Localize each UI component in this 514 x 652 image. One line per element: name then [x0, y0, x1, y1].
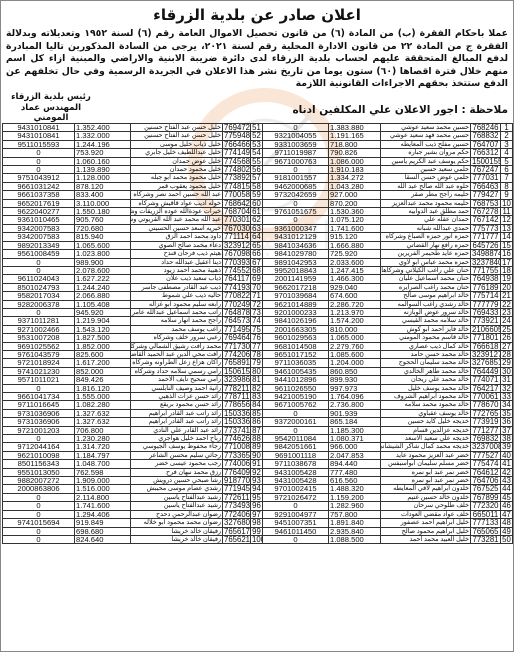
national-id-cell: 9342007583 — [3, 224, 75, 232]
signature-name: المهندس عماد المومني — [6, 103, 96, 124]
national-id-cell: 9662017218 — [263, 283, 329, 291]
amount-cell: 725.920 — [329, 250, 381, 258]
table-row: 9571011021849.426رامي سحيح نايف الاحمد32… — [3, 376, 263, 384]
taxpayer-id-cell: 765617 — [223, 527, 251, 535]
national-id-cell: 9601029563 — [263, 334, 329, 342]
national-id-cell: 9542011084 — [263, 435, 329, 443]
row-number-cell: 50 — [501, 535, 513, 543]
amount-cell: 1.516.000 — [75, 485, 131, 493]
amount-cell: 2.114.800 — [75, 493, 131, 501]
taxpayer-id-cell: 775714 — [471, 292, 501, 300]
national-id-cell: 9671005762 — [263, 401, 329, 409]
national-id-cell: 9291004977 — [263, 510, 329, 518]
national-id-cell: 9681014508 — [263, 342, 329, 350]
table-row: 9842051661966.000خديجه محمد كمال شاكر ال… — [263, 443, 513, 451]
row-number-cell: 98 — [251, 519, 263, 527]
national-id-cell: 0 — [263, 124, 329, 132]
amount-cell: 927.000 — [329, 191, 381, 199]
name-cell: خضر مسلم سليمان ابوأسيفس — [381, 460, 471, 468]
national-id-cell: 9361010465 — [3, 216, 75, 224]
taxpayer-id-cell: 3239865 — [223, 376, 251, 384]
name-cell: رضوان عبدالرحمن دحدح — [131, 510, 223, 518]
table-row: 9461005435860.850خالد محمد طاهر الخالدي7… — [263, 367, 513, 375]
taxpayer-id-cell: 764573 — [223, 317, 251, 325]
name-cell: خلدون ابراهيم لافي المعايطه — [381, 485, 471, 493]
table-row: 92010002331.213.970خالد سرور عوض الوبازن… — [263, 308, 513, 316]
row-number-cell: 58 — [251, 182, 263, 190]
name-cell: ذياب سعيد ذيب علان — [131, 275, 223, 283]
row-number-cell: 62 — [251, 216, 263, 224]
national-id-cell: 9551013050 — [3, 468, 75, 476]
amount-cell: 865.184 — [329, 418, 381, 426]
row-number-cell: 22 — [501, 300, 513, 308]
taxpayer-id-cell: 764938 — [471, 275, 501, 283]
national-id-cell: 0 — [3, 384, 75, 392]
row-number-cell: 12 — [501, 216, 513, 224]
amount-cell: 1.230.280 — [75, 435, 131, 443]
national-id-cell: 9321004055 — [263, 132, 329, 140]
taxpayer-id-cell: 773919 — [471, 418, 501, 426]
table-row: 93210040551.191.165حسين محمد فهد سعيد عو… — [263, 132, 513, 140]
taxpayer-id-cell: 767525 — [471, 485, 501, 493]
name-cell: خضر عبد العزيز محمود عايد — [381, 451, 471, 459]
table-row: 94310108411.332.000خليل حسن عبد الفتاح ح… — [3, 132, 263, 140]
name-cell: زعبي سرور خلف وشركاه — [131, 334, 223, 342]
row-number-cell: 84 — [251, 401, 263, 409]
table-row: 97210189241.617.200راكان هزاع زعل الطراو… — [3, 359, 263, 367]
table-row: 96710007631.086.000حكم يوسف عبد الكريم ي… — [263, 157, 513, 165]
table-row: 85011563431.048.700رجب محمود عيسى خضر774… — [3, 460, 263, 468]
amount-cell: 2.033.600 — [329, 258, 381, 266]
name-cell: دعاء محمد صالح الصوي — [131, 241, 223, 249]
row-number-cell: 43 — [501, 477, 513, 485]
table-row: 97120441641.314.720رجاء محفوظ يوسف الجيو… — [3, 443, 263, 451]
amount-cell: 894.440 — [329, 460, 381, 468]
name-cell: خليل ابراهيم احمد عصفور — [381, 519, 471, 527]
amount-cell: 1.159.200 — [329, 493, 381, 501]
taxpayer-id-cell: 768642 — [223, 199, 251, 207]
taxpayer-id-cell: 768704 — [223, 208, 251, 216]
name-cell: رزق محمد نبهان فرح — [131, 468, 223, 476]
taxpayer-id-cell: 778670 — [471, 401, 501, 409]
amount-cell: 1.327.632 — [75, 418, 131, 426]
name-cell: خضر نمر عبد ابو نمره — [381, 468, 471, 476]
taxpayer-id-cell: 768832 — [471, 132, 501, 140]
row-number-cell: 69 — [251, 275, 263, 283]
national-id-cell: 9701002415 — [263, 485, 329, 493]
table-row: 9342007583815.940داود محمد احمد الزق7711… — [3, 233, 263, 241]
table-row: 01.383.880حسين محمد سعيد عوشي7682461 — [263, 124, 513, 132]
name-cell: خالد فايز احمد ابو كوش — [381, 325, 471, 333]
amount-cell: 810.000 — [329, 325, 381, 333]
national-id-cell: 9371011281 — [3, 317, 75, 325]
national-id-cell: 9741021230 — [3, 367, 75, 375]
amount-cell: 1.060.160 — [75, 157, 131, 165]
amount-cell: 1.219.904 — [75, 317, 131, 325]
national-id-cell: 0 — [3, 510, 75, 518]
taxpayer-id-cell: 769433 — [471, 308, 501, 316]
national-id-cell: 9611026550 — [263, 384, 329, 392]
amount-cell: 1.088.500 — [329, 535, 381, 543]
row-number-cell: 60 — [251, 199, 263, 207]
table-row: 96010295631.065.000خالد قاسم محمود الموم… — [263, 334, 513, 342]
table-row: 0824.640رفيقان خالد خريشا765621100 — [3, 535, 263, 543]
national-id-cell: 2000863806 — [3, 485, 75, 493]
name-cell: راكان هزاع زعل الطراونه وشركاه — [131, 359, 223, 367]
table-row: 92710024661.543.120راغب يوسف محمد7714957… — [3, 325, 263, 333]
national-id-cell: 0 — [3, 266, 75, 274]
table-row: 01.139.890خليل محمود حمدان77480256 — [3, 166, 263, 174]
row-number-cell: 45 — [501, 493, 513, 501]
row-number-cell: 100 — [251, 535, 263, 543]
amount-cell: 1.139.890 — [75, 166, 131, 174]
national-id-cell: 9691001118 — [263, 451, 329, 459]
national-id-cell: 9431012129 — [263, 233, 329, 241]
taxpayer-id-cell: 767142 — [471, 216, 501, 224]
table-row: 95420110841.080.371خديجه علي سعيد الاسعد… — [263, 435, 513, 443]
taxpayer-id-cell: 773921 — [471, 317, 501, 325]
name-cell: خديجه محمد كمال شاكر الشيشاني — [381, 443, 471, 451]
national-id-cell: 9741015694 — [3, 519, 75, 527]
taxpayer-id-cell: 766312 — [471, 149, 501, 157]
table-row: 9711019987790.826حكم مروان بشير جباره766… — [263, 149, 513, 157]
table-row: 97210264721.159.200خلدون خالد حسين غنيم7… — [263, 493, 513, 501]
table-row: 95110155931.244.196خليل ذياب خليل موسى76… — [3, 140, 263, 148]
amount-cell: 1.244.240 — [75, 283, 131, 291]
amount-cell: 929.040 — [329, 283, 381, 291]
signature-block: رئيس بلدية الزرقاء المهندس عماد المومني — [6, 92, 96, 124]
taxpayer-id-cell: 773892 — [223, 174, 251, 182]
national-id-cell: 9661031242 — [3, 182, 75, 190]
taxpayer-id-cell: 775948 — [223, 132, 251, 140]
national-id-cell: 2001663305 — [263, 325, 329, 333]
taxpayer-id-cell: 766618 — [471, 342, 501, 350]
row-number-cell: 86 — [251, 418, 263, 426]
row-number-cell: 68 — [251, 266, 263, 274]
row-number-cell: 33 — [501, 393, 513, 401]
name-cell: خليل حسن عبد الفتاح حسنين — [131, 132, 223, 140]
table-row: 9741021230852.000رامي رسمي سلامه حداد وش… — [3, 367, 263, 375]
taxpayer-id-cell: 774193 — [223, 283, 251, 291]
table-row: 96910011182.047.853خضر عبد العزيز محمود … — [263, 451, 513, 459]
table-row: 85010247931.244.240ذيب عبد القادر مصطفى … — [3, 283, 263, 291]
row-number-cell: 30 — [501, 367, 513, 375]
row-number-cell: 94 — [251, 485, 263, 493]
amount-cell: 3.110.000 — [75, 199, 131, 207]
taxpayer-id-cell: 918770 — [223, 477, 251, 485]
taxpayer-id-cell: 777527 — [471, 451, 501, 459]
national-id-cell: 9342007583 — [3, 233, 75, 241]
name-cell: خضر نمر عبد ابو نمره — [381, 477, 471, 485]
name-cell: حمد مطلق عبد الدوابيه — [381, 208, 471, 216]
taxpayer-id-cell: 3276802 — [223, 519, 251, 527]
taxpayer-id-cell: 768246 — [471, 124, 501, 132]
taxpayer-id-cell: 769832 — [471, 435, 501, 443]
taxpayer-id-cell: 769464 — [223, 334, 251, 342]
taxpayer-id-cell: 1506151 — [223, 367, 251, 375]
national-id-cell: 9431010841 — [3, 132, 75, 140]
row-number-cell: 57 — [251, 174, 263, 182]
taxpayer-id-cell: 774149 — [223, 149, 251, 157]
name-cell: خالد رشدي راغب السوالمه — [381, 300, 471, 308]
amount-cell: 1.065.000 — [329, 334, 381, 342]
row-number-cell: 11 — [501, 208, 513, 216]
table-row: 9732042659927.000حليمه راجح مطر صقر77942… — [263, 191, 513, 199]
row-number-cell: 67 — [251, 258, 263, 266]
national-id-cell: 9691025562 — [3, 342, 75, 350]
row-number-cell: 95 — [251, 493, 263, 501]
taxpayer-id-cell: 766463 — [471, 182, 501, 190]
taxpayer-id-cell: 764707 — [471, 140, 501, 148]
taxpayer-id-cell: 3237840 — [471, 258, 501, 266]
national-id-cell: 0 — [3, 166, 75, 174]
amount-cell: 899.930 — [329, 376, 381, 384]
table-row: 93710112811.219.904راجح محمد انهار سلامه… — [3, 317, 263, 325]
table-row: 2001663305810.000خالد فايز احمد ابو كوش2… — [263, 325, 513, 333]
amount-cell: 1.488.320 — [329, 485, 381, 493]
name-cell: حمدان عقله علي — [381, 216, 471, 224]
name-cell: خليل ابراهيم محمود صالح — [381, 527, 471, 535]
row-number-cell: 72 — [251, 300, 263, 308]
taxpayer-id-cell: 779427 — [471, 191, 501, 199]
name-cell: حلمي عوض حسن السقا — [381, 174, 471, 182]
national-id-cell: 9651017152 — [263, 350, 329, 358]
name-cell: خيريه اسعد حسين الحسيني — [131, 224, 223, 232]
name-cell: خديجه علي سعيد الاسعد — [381, 435, 471, 443]
row-number-cell: 79 — [251, 359, 263, 367]
table-row: 9291004977757.800خلف عواد مقضي العودات66… — [263, 510, 513, 518]
amount-cell: 1.617.200 — [75, 359, 131, 367]
row-number-cell: 39 — [501, 443, 513, 451]
name-cell: خالد محمد يوسف خليل — [381, 384, 471, 392]
amount-cell: 753.920 — [75, 149, 131, 157]
taxpayer-id-cell: 774626 — [223, 435, 251, 443]
amount-cell: 915.120 — [329, 233, 381, 241]
taxpayer-id-cell: 770061 — [471, 393, 501, 401]
national-id-cell: 9451007351 — [263, 519, 329, 527]
name-cell: رائد حسن محمود بريقع — [131, 401, 223, 409]
name-cell: حمزه رافع نهار القضاتي — [381, 241, 471, 249]
national-id-cell: 9611024043 — [3, 275, 75, 283]
national-id-cell: 0 — [3, 493, 75, 501]
row-number-cell: 59 — [251, 191, 263, 199]
row-number-cell: 70 — [251, 283, 263, 291]
taxpayer-id-cell: 771755 — [471, 266, 501, 274]
amount-cell: 1.909.000 — [75, 477, 131, 485]
name-cell: خليل محمود يعقوب قمر — [131, 182, 223, 190]
table-row: 9551013050762.598رزق محمد نبهان فرح77640… — [3, 468, 263, 476]
table-row: 98410346361.666.880حمزه رافع نهار القضات… — [263, 241, 513, 249]
row-number-cell: 10 — [501, 199, 513, 207]
taxpayer-id-cell: 3276851 — [471, 359, 501, 367]
row-number-cell: 97 — [251, 510, 263, 518]
row-number-cell: 49 — [501, 527, 513, 535]
name-cell: خالد محمود محمد سلامه — [381, 401, 471, 409]
name-cell: راجح محمد انهار سلامه — [131, 317, 223, 325]
national-id-cell: 9841029780 — [263, 250, 329, 258]
table-row: 01.230.280رباح احمد خليل هواجري77462688 — [3, 435, 263, 443]
amount-cell: 1.574.200 — [329, 317, 381, 325]
taxpayer-id-cell: 770249 — [223, 300, 251, 308]
row-number-cell: 8 — [501, 182, 513, 190]
row-number-cell: 19 — [501, 275, 513, 283]
amount-cell: 1.741.600 — [329, 224, 381, 232]
row-number-cell: 35 — [501, 409, 513, 417]
name-cell: حكم يوسف عبد الكريم ياسين — [381, 157, 471, 165]
name-cell: هيثم ذيب فرحان قندح — [131, 250, 223, 258]
name-cell: داود محمد احمد الزق — [131, 233, 223, 241]
table-row: 9431012129915.120حمزه انور حمزه الصباغ و… — [263, 233, 513, 241]
national-id-cell: 9711019987 — [263, 149, 329, 157]
national-id-cell: 9441012896 — [263, 376, 329, 384]
name-cell: رجائي سليم محسن الشاعر — [131, 451, 223, 459]
amount-cell: 2.736.800 — [329, 401, 381, 409]
national-id-cell: 0 — [3, 149, 75, 157]
national-id-cell: 9711036035 — [263, 359, 329, 367]
taxpayer-id-cell: 773281 — [471, 535, 501, 543]
table-row: 94310108411.352.400خليل حسن عبد الفتاح ح… — [3, 124, 263, 132]
name-cell: رباح احمد خليل هواجري — [131, 435, 223, 443]
taxpayer-id-cell: 3239125 — [223, 241, 251, 249]
national-id-cell: 0 — [263, 199, 329, 207]
taxpayer-id-cell: 771008 — [223, 443, 251, 451]
row-number-cell: 63 — [251, 224, 263, 232]
taxpayer-id-cell: 771277 — [471, 426, 501, 434]
row-number-cell: 54 — [251, 149, 263, 157]
table-row: 9721001203706.800رائد عبد القادر علي الن… — [3, 426, 263, 434]
row-number-cell: 87 — [251, 426, 263, 434]
amount-cell: 849.426 — [75, 376, 131, 384]
national-id-cell: 9952018843 — [263, 266, 329, 274]
name-cell: ذهبية محمد احمد زيود — [131, 266, 223, 274]
table-row: 9342007583720.680خيريه اسعد حسين الحسيني… — [3, 224, 263, 232]
national-id-cell: 9621014889 — [263, 300, 329, 308]
name-cell: خالد يوسف عقباوي — [381, 409, 471, 417]
national-id-cell: 9711016645 — [3, 401, 75, 409]
taxpayer-id-cell: 772765 — [471, 409, 501, 417]
amount-cell: 777.480 — [329, 468, 381, 476]
table-row: 97610516751.530.360حمد مطلق عبد الدوابيه… — [263, 208, 513, 216]
table-row: 0945.920راتب محمد اسماعيل عبدالله عامر76… — [3, 308, 263, 316]
row-number-cell: 91 — [251, 460, 263, 468]
amount-cell: 1.023.800 — [75, 250, 131, 258]
taxpayer-id-cell: 770822 — [223, 292, 251, 300]
name-cell: رأفت محي الدين عبد الحميد القاضي — [131, 350, 223, 358]
national-id-cell: 9431005428 — [263, 477, 329, 485]
name-cell: راتب محمد اسماعيل عبدالله عامر — [131, 308, 223, 316]
taxpayer-id-cell: 771495 — [223, 325, 251, 333]
row-number-cell: 99 — [251, 527, 263, 535]
row-number-cell: 85 — [251, 409, 263, 417]
table-row: 98820072721.909.000رشا صبحي حسين درويش91… — [3, 477, 263, 485]
name-cell: حمزه عايد طحيمر الفريرين — [381, 250, 471, 258]
national-id-cell: 9732042659 — [263, 191, 329, 199]
amount-cell: 878.120 — [75, 182, 131, 190]
amount-cell: 989.900 — [75, 258, 131, 266]
name-cell: خالد محمود ابراهيم الشروف — [381, 393, 471, 401]
name-cell: رجب محمود عيسى خضر — [131, 460, 223, 468]
table-row: 9711038678894.440خضر مسلم سليمان ابوأسيف… — [263, 460, 513, 468]
national-id-cell: 0 — [263, 409, 329, 417]
national-id-cell: 0 — [263, 166, 329, 174]
table-row: 9431005428777.480خضر نمر عبد ابو نمره764… — [263, 468, 513, 476]
taxpayer-id-cell: 772320 — [471, 502, 501, 510]
table-row: 20011419591.466.300حنان محمد اسماعيل علي… — [263, 275, 513, 283]
table-row: 01.910.183حلمي سعيد حسين7672476 — [263, 166, 513, 174]
table-row: 20008638061.516.000رشدي عصام موسى محيبش7… — [3, 485, 263, 493]
amount-cell: 616.560 — [329, 477, 381, 485]
row-number-cell: 76 — [251, 334, 263, 342]
row-number-cell: 16 — [501, 250, 513, 258]
name-cell: حليمه محمود محمد عبدالعزيز — [381, 199, 471, 207]
name-cell: رفيقان خالد خريشا — [131, 535, 223, 543]
amount-cell: 762.598 — [75, 468, 131, 476]
table-row: 98910429532.033.600حمزه محمد عباس ابو لا… — [263, 258, 513, 266]
national-id-cell: 9661037358 — [3, 191, 75, 199]
taxpayer-id-cell: 764449 — [471, 367, 501, 375]
amount-cell: 2.078.600 — [75, 266, 131, 274]
table-row: 96610417341.555.000رائد حسن عزات الذهبي7… — [3, 393, 263, 401]
row-number-cell: 41 — [501, 460, 513, 468]
table-row: 94210051901.764.096خالد محمود ابراهيم ال… — [263, 393, 513, 401]
row-number-cell: 37 — [501, 426, 513, 434]
amount-cell: 997.973 — [329, 384, 381, 392]
national-id-cell: 9731036906 — [3, 418, 75, 426]
name-cell: محمد رأفت رشيق الشمالي وشركاه — [131, 342, 223, 350]
row-number-cell: 23 — [501, 308, 513, 316]
name-cell: رجاء محفوظ يوسف الجيوسي — [131, 443, 223, 451]
national-id-cell: 9761051675 — [263, 208, 329, 216]
table-row: 96210148892.286.720خالد رشدي راغب السوال… — [263, 300, 513, 308]
table-row: 94610114502.935.840خليل ابراهيم محمود صا… — [263, 527, 513, 535]
table-row: 01.741.600رشيد عبدالفتاح ياسين77349396 — [3, 502, 263, 510]
table-row: 01.282.960خلف طلوحي سرحان77232046 — [263, 502, 513, 510]
name-cell: خالد محمد علي ريحان — [381, 376, 471, 384]
row-number-cell: 9 — [501, 191, 513, 199]
table-row: 01.185.300خديجه عزالدين قسام77127737 — [263, 426, 513, 434]
national-id-cell: 9372000161 — [263, 418, 329, 426]
table-row: 0989.900دينا اعقيل عبدالله حداد77039367 — [3, 258, 263, 266]
amount-cell: 1.543.120 — [75, 325, 131, 333]
name-cell: خليل عوض حمدان — [131, 157, 223, 165]
amount-cell: 1.191.165 — [329, 132, 381, 140]
name-cell: حنان محمد راغب الصرايره — [381, 283, 471, 291]
name-cell: حكم مروان بشير جباره — [381, 149, 471, 157]
amount-cell: 1.086.000 — [329, 157, 381, 165]
table-row: 95310072081.827.500زعبي سرور خلف وشركاه7… — [3, 334, 263, 342]
amount-cell: 1.075.120 — [329, 216, 381, 224]
national-id-cell: 9712044164 — [3, 443, 75, 451]
row-number-cell: 53 — [251, 140, 263, 148]
table-row: 02.114.800رشيد عبدالفتاح ياسين77261195 — [3, 493, 263, 501]
amount-cell: 860.850 — [329, 367, 381, 375]
table-row: 92820063781.105.408رابعه سليم محمود ابو … — [3, 300, 263, 308]
national-id-cell: 9882007272 — [3, 477, 75, 485]
taxpayer-id-cell: 775773 — [471, 224, 501, 232]
taxpayer-id-cell: 764612 — [471, 468, 501, 476]
table-row: 01.060.160خليل عوض حمدان77456855 — [3, 157, 263, 165]
national-id-cell: 0 — [3, 258, 75, 266]
row-number-cell: 73 — [251, 308, 263, 316]
taxpayer-id-cell: 768753 — [471, 199, 501, 207]
name-cell: رابعه سليم محمود ابو غزاله — [131, 300, 223, 308]
taxpayer-id-cell: 767247 — [471, 166, 501, 174]
row-number-cell: 5 — [501, 157, 513, 165]
national-id-cell: 9842051661 — [263, 443, 329, 451]
amount-cell: 1.383.880 — [329, 124, 381, 132]
name-cell: حليمه راجح مطر صقر — [381, 191, 471, 199]
name-cell: خوله اديب عواد قاقيش وشركاه — [131, 199, 223, 207]
